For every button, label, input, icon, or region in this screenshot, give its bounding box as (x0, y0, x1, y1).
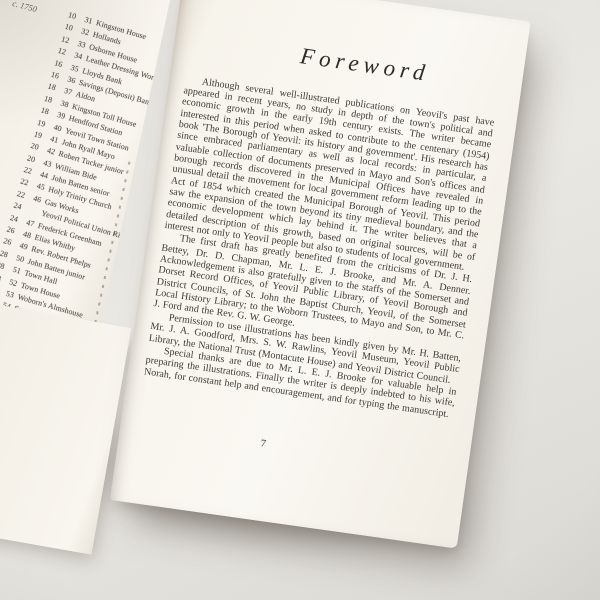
illustration-entry-number: 35 (66, 61, 80, 73)
illustration-page-ref: 18 (39, 92, 53, 104)
book-photo-scene: 1031Kingston House1032Hollands1233Osborn… (0, 0, 600, 600)
illustration-page-ref: 22 (19, 164, 33, 176)
illustration-entry-number: 32 (76, 26, 90, 38)
illustration-entry-number: 43 (39, 157, 53, 169)
illustration-entry-number: 31 (80, 14, 94, 26)
foreword-body: Although several well-illustrated public… (143, 74, 495, 421)
illustration-page-ref: 20 (26, 140, 40, 152)
illustration-page-ref: 19 (33, 116, 47, 128)
illustration-entry-number: 44 (35, 169, 49, 181)
illustration-entry-number: 51 (8, 264, 22, 276)
illustration-entry-number: 38 (56, 97, 70, 109)
illustration-entry-number: 36 (63, 73, 77, 85)
illustration-entry-number: 40 (49, 121, 63, 133)
page-number: 7 (108, 417, 418, 471)
illustration-page-ref: 10 (63, 9, 77, 21)
illustration-page-ref: 18 (43, 81, 57, 93)
illustration-entry-number: 46 (28, 192, 42, 204)
illustration-entry-number: 33 (73, 38, 87, 50)
illustration-page-ref: 19 (29, 128, 43, 140)
illustration-entry-number (26, 211, 38, 214)
illustration-entry-number: 34 (69, 50, 83, 62)
illustration-page-ref: 12 (57, 33, 71, 45)
illustration-page-ref: 18 (36, 104, 50, 116)
illustration-page-ref: 24 (9, 200, 23, 212)
illustration-page-ref: 22 (16, 176, 30, 188)
illustration-entry-number: 39 (52, 109, 66, 121)
illustration-entry-number: 48 (18, 228, 32, 240)
illustration-page-ref: 16 (46, 69, 60, 81)
illustration-page-ref: 26 (0, 235, 12, 247)
illustration-entry-number: 52 (5, 276, 19, 288)
illustration-entry-number: 42 (42, 145, 56, 157)
illustration-page-ref: 22 (12, 188, 26, 200)
illustration-page-ref: 24 (5, 212, 19, 224)
illustration-entry-number: 49 (15, 240, 29, 252)
illustration-page-ref: 26 (2, 223, 16, 235)
illustration-entry-number: 41 (46, 133, 60, 145)
illustration-page-ref: 16 (50, 57, 64, 69)
illustration-entry-number: 45 (32, 181, 46, 193)
foreword-text-block: Foreword Although several well-illustrat… (136, 27, 502, 475)
illustration-entry-number: 47 (22, 216, 36, 228)
illustration-page-ref: 12 (53, 45, 67, 57)
illustration-entry-number: 37 (59, 85, 73, 97)
foreword-page: Foreword Although several well-illustrat… (110, 0, 531, 549)
illustration-entry-number: 53 (1, 288, 15, 300)
illustration-page-ref: 10 (60, 21, 74, 33)
illustration-entry-number: 50 (11, 252, 25, 264)
illustration-page-ref: 20 (22, 152, 36, 164)
